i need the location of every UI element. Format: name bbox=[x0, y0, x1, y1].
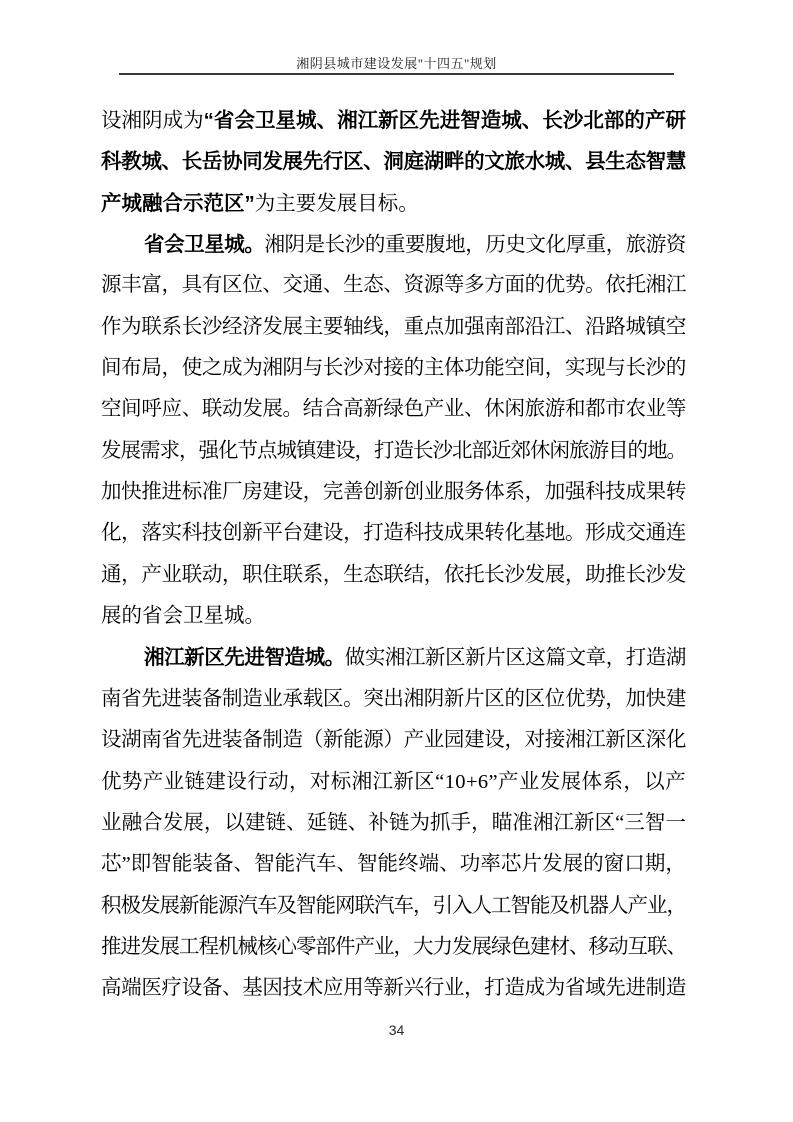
document-page: 湘阴县城市建设发展"十四五"规划 设湘阴成为“省会卫星城、湘江新区先进智造城、长… bbox=[0, 0, 793, 1122]
text-line: 积极发展新能源汽车及智能网联汽车，引入人工智能及机器人产业， bbox=[101, 886, 686, 927]
text-line: 空间呼应、联动发展。结合高新绿色产业、休闲旅游和都市农业等 bbox=[101, 389, 686, 430]
text-line: 设湘阴成为“省会卫星城、湘江新区先进智造城、长沙北部的产研 bbox=[101, 100, 686, 141]
text-segment: 化，落实科技创新平台建设，打造科技成果转化基地。形成交通连 bbox=[101, 522, 686, 544]
header-rule bbox=[119, 73, 674, 75]
text-segment: 积极发展新能源汽车及智能网联汽车，引入人工智能及机器人产业， bbox=[101, 895, 686, 917]
bold-text-segment: 湘江新区先进智造城。 bbox=[144, 646, 345, 669]
text-segment: 通，产业联动，职住联系，生态联结，依托长沙发展，助推长沙发 bbox=[101, 564, 686, 586]
text-segment: 高端医疗设备、基因技术应用等新兴行业，打造成为省域先进制造 bbox=[101, 977, 686, 999]
text-line: 业融合发展，以建链、延链、补链为抓手，瞄准湘江新区“三智一 bbox=[101, 803, 686, 844]
text-line: 芯”即智能装备、智能汽车、智能终端、功率芯片发展的窗口期， bbox=[101, 844, 686, 885]
text-segment: 展的省会卫星城。 bbox=[101, 605, 265, 627]
text-segment: 芯”即智能装备、智能汽车、智能终端、功率芯片发展的窗口期， bbox=[101, 853, 686, 875]
text-line: 科教城、长岳协同发展先行区、洞庭湖畔的文旅水城、县生态智慧 bbox=[101, 141, 686, 182]
page-header-title: 湘阴县城市建设发展"十四五"规划 bbox=[0, 53, 793, 72]
text-segment: 做实湘江新区新片区这篇文章，打造湖 bbox=[345, 647, 686, 669]
text-line: 省会卫星城。湘阴是长沙的重要腹地，历史文化厚重，旅游资 bbox=[101, 224, 686, 265]
bold-text-segment: 科教城、长岳协同发展先行区、洞庭湖畔的文旅水城、县生态智慧 bbox=[101, 150, 686, 173]
text-segment: 业融合发展，以建链、延链、补链为抓手，瞄准湘江新区“三智一 bbox=[101, 812, 686, 834]
text-segment: 设湘阴成为 bbox=[101, 110, 204, 132]
text-segment: 发展需求，强化节点城镇建设，打造长沙北部近郊休闲旅游目的地。 bbox=[101, 440, 686, 462]
text-line: 化，落实科技创新平台建设，打造科技成果转化基地。形成交通连 bbox=[101, 513, 686, 554]
text-line: 南省先进装备制造业承载区。突出湘阴新片区的区位优势，加快建 bbox=[101, 679, 686, 720]
bold-text-segment: 省会卫星城。 bbox=[144, 233, 264, 256]
text-segment: 源丰富，具有区位、交通、生态、资源等多方面的优势。依托湘江 bbox=[101, 274, 686, 296]
text-segment: 加快推进标准厂房建设，完善创新创业服务体系，加强科技成果转 bbox=[101, 481, 686, 503]
bold-text-segment: 产城融合示范区” bbox=[101, 192, 255, 215]
text-line: 产城融合示范区”为主要发展目标。 bbox=[101, 183, 686, 224]
text-segment: 空间呼应、联动发展。结合高新绿色产业、休闲旅游和都市农业等 bbox=[101, 398, 686, 420]
text-line: 推进发展工程机械核心零部件产业，大力发展绿色建材、移动互联、 bbox=[101, 927, 686, 968]
text-line: 源丰富，具有区位、交通、生态、资源等多方面的优势。依托湘江 bbox=[101, 265, 686, 306]
text-line: 发展需求，强化节点城镇建设，打造长沙北部近郊休闲旅游目的地。 bbox=[101, 431, 686, 472]
text-line: 间布局，使之成为湘阴与长沙对接的主体功能空间，实现与长沙的 bbox=[101, 348, 686, 389]
text-line: 通，产业联动，职住联系，生态联结，依托长沙发展，助推长沙发 bbox=[101, 555, 686, 596]
text-line: 高端医疗设备、基因技术应用等新兴行业，打造成为省域先进制造 bbox=[101, 968, 686, 1009]
text-line: 展的省会卫星城。 bbox=[101, 596, 686, 637]
text-segment: 推进发展工程机械核心零部件产业，大力发展绿色建材、移动互联、 bbox=[101, 936, 686, 958]
text-segment: 南省先进装备制造业承载区。突出湘阴新片区的区位优势，加快建 bbox=[101, 688, 686, 710]
text-line: 作为联系长沙经济发展主要轴线，重点加强南部沿江、沿路城镇空 bbox=[101, 307, 686, 348]
text-segment: 间布局，使之成为湘阴与长沙对接的主体功能空间，实现与长沙的 bbox=[101, 357, 686, 379]
bold-text-segment: “省会卫星城、湘江新区先进智造城、长沙北部的产研 bbox=[204, 109, 686, 132]
text-segment: 湘阴是长沙的重要腹地，历史文化厚重，旅游资 bbox=[264, 234, 686, 256]
text-segment: 设湖南省先进装备制造（新能源）产业园建设，对接湘江新区深化 bbox=[101, 729, 686, 751]
document-body: 设湘阴成为“省会卫星城、湘江新区先进智造城、长沙北部的产研科教城、长岳协同发展先… bbox=[101, 100, 686, 1010]
text-line: 湘江新区先进智造城。做实湘江新区新片区这篇文章，打造湖 bbox=[101, 637, 686, 678]
text-line: 优势产业链建设行动，对标湘江新区“10+6”产业发展体系，以产 bbox=[101, 762, 686, 803]
text-line: 设湖南省先进装备制造（新能源）产业园建设，对接湘江新区深化 bbox=[101, 720, 686, 761]
text-segment: 优势产业链建设行动，对标湘江新区“10+6”产业发展体系，以产 bbox=[101, 771, 686, 793]
text-segment: 作为联系长沙经济发展主要轴线，重点加强南部沿江、沿路城镇空 bbox=[101, 316, 686, 338]
text-line: 加快推进标准厂房建设，完善创新创业服务体系，加强科技成果转 bbox=[101, 472, 686, 513]
text-segment: 为主要发展目标。 bbox=[255, 193, 419, 215]
page-number: 34 bbox=[0, 1022, 793, 1038]
